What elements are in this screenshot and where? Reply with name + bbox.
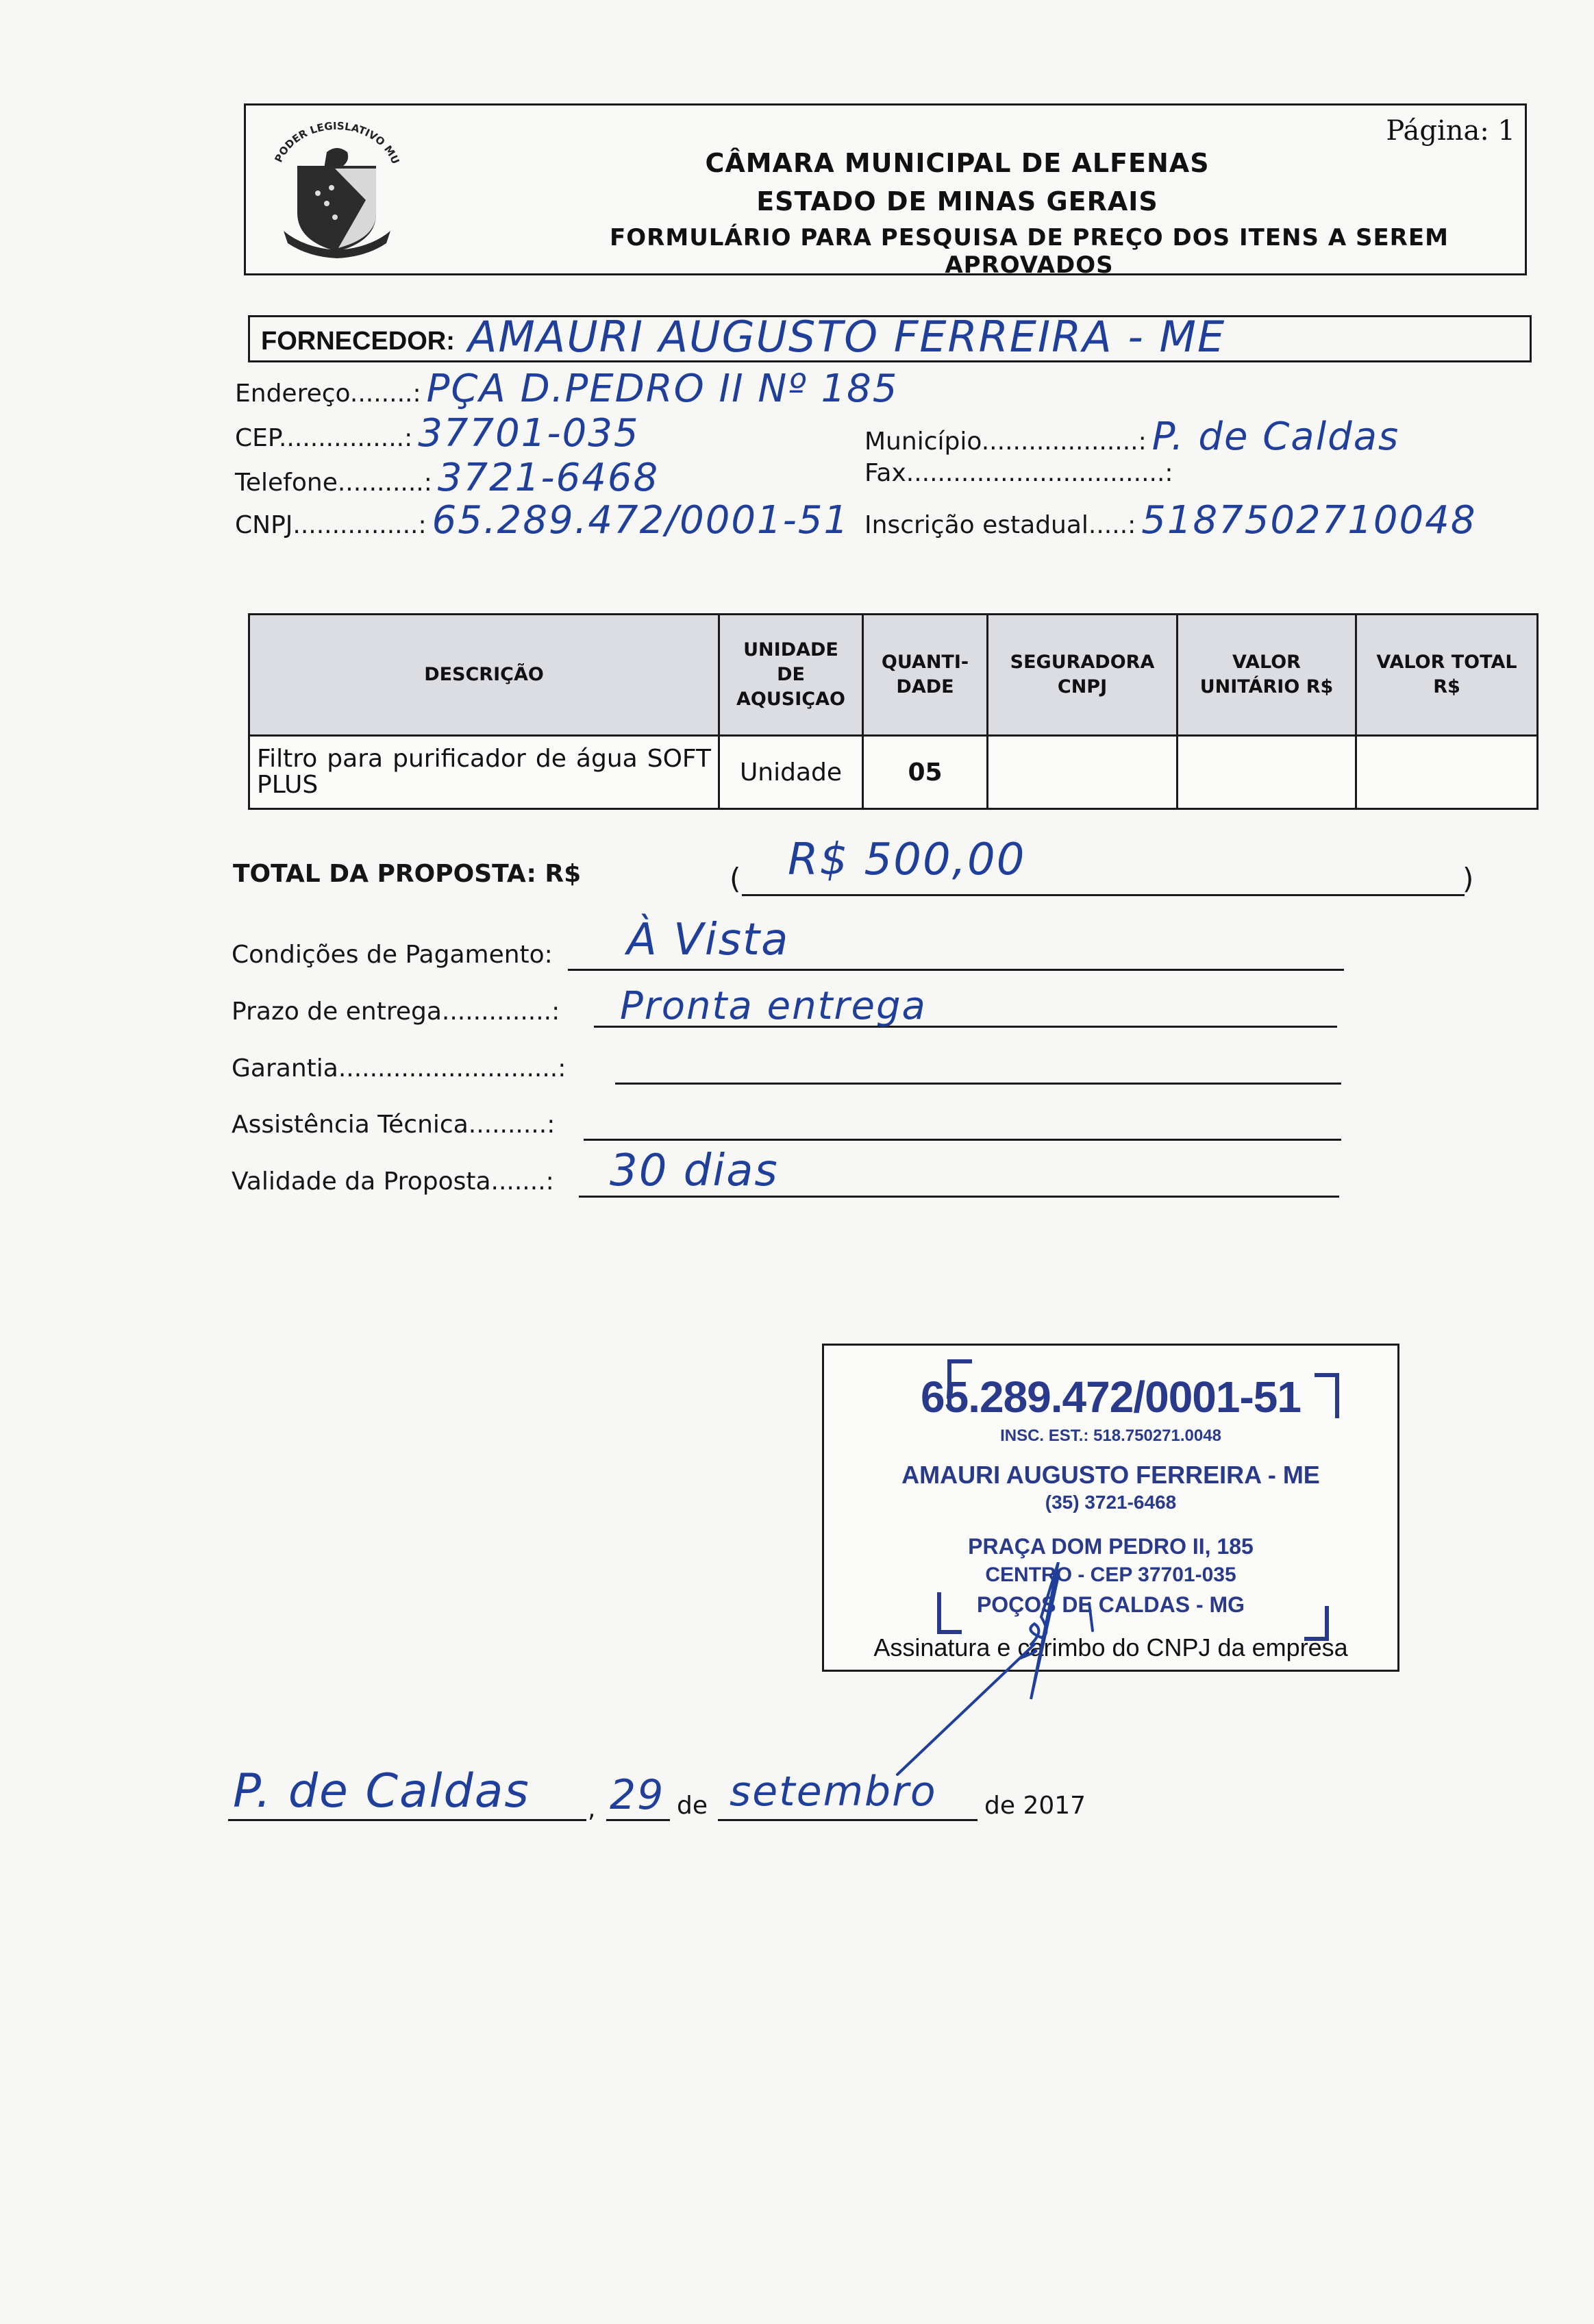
- table-header-row: DESCRIÇÃO UNIDADE DE AQUSIÇAO QUANTI- DA…: [249, 615, 1538, 736]
- cell-quantity: 05: [863, 736, 988, 809]
- date-comma: ,: [588, 1795, 595, 1823]
- total-underline: [742, 894, 1465, 896]
- col-header-quantity: QUANTI- DADE: [863, 615, 988, 736]
- date-de-label: de: [677, 1792, 708, 1820]
- address-row: Endereço........: PÇA D.PEDRO II Nº 185: [235, 367, 898, 411]
- cep-row: CEP................: 37701-035: [235, 411, 639, 456]
- fax-row: Fax.................................:: [864, 459, 1179, 487]
- cnpj-row: CNPJ................: 65.289.472/0001-51: [235, 498, 849, 543]
- cnpj-field[interactable]: 65.289.472/0001-51: [432, 498, 849, 543]
- col-header-unit: UNIDADE DE AQUSIÇAO: [719, 615, 863, 736]
- warranty-label: Garantia............................:: [232, 1054, 566, 1083]
- state-registration-field[interactable]: 5187502710048: [1141, 498, 1476, 543]
- payment-terms-underline: [568, 969, 1344, 971]
- close-paren: ): [1462, 862, 1473, 895]
- stamp-phone: (35) 3721-6468: [824, 1492, 1397, 1513]
- date-month-field[interactable]: setembro: [730, 1768, 937, 1816]
- municipality-field[interactable]: P. de Caldas: [1152, 415, 1399, 459]
- warranty-underline: [615, 1083, 1341, 1085]
- total-proposal-label: TOTAL DA PROPOSTA: R$: [233, 860, 581, 888]
- phone-field[interactable]: 3721-6468: [438, 456, 659, 500]
- cell-unit-value[interactable]: [1178, 736, 1356, 809]
- payment-terms-label: Condições de Pagamento:: [232, 941, 553, 969]
- supplier-name-field[interactable]: AMAURI AUGUSTO FERREIRA - ME: [468, 312, 1225, 362]
- city-underline: [228, 1819, 586, 1821]
- col-header-description: DESCRIÇÃO: [249, 615, 719, 736]
- col-header-unit-value: VALOR UNITÁRIO R$: [1178, 615, 1356, 736]
- document-header: PODER LEGISLATIVO MUNICIPAL Página: 1 CÂ…: [244, 103, 1527, 275]
- col-header-insurer-cnpj: SEGURADORA CNPJ: [988, 615, 1178, 736]
- page-number: Página: 1: [1386, 115, 1515, 147]
- delivery-time-label: Prazo de entrega..............:: [232, 998, 560, 1026]
- cnpj-label: CNPJ................:: [235, 511, 427, 539]
- table-row: Filtro para purificador de água SOFT PLU…: [249, 736, 1538, 809]
- stamp-state-registration: INSC. EST.: 518.750271.0048: [824, 1426, 1397, 1446]
- address-label: Endereço........:: [235, 380, 421, 408]
- state-registration-label: Inscrição estadual.....:: [864, 511, 1136, 539]
- date-day-field[interactable]: 29: [610, 1771, 664, 1819]
- cell-total-value[interactable]: [1356, 736, 1538, 809]
- phone-row: Telefone...........: 3721-6468: [235, 456, 659, 500]
- month-underline: [718, 1819, 977, 1821]
- proposal-validity-field[interactable]: 30 dias: [610, 1146, 779, 1196]
- municipal-coat-of-arms-logo: PODER LEGISLATIVO MUNICIPAL: [266, 118, 403, 262]
- stamp-cnpj: 65.289.472/0001-51: [824, 1372, 1397, 1422]
- supplier-box: FORNECEDOR: AMAURI AUGUSTO FERREIRA - ME: [248, 315, 1532, 362]
- total-proposal-field[interactable]: R$ 500,00: [788, 835, 1025, 885]
- municipality-row: Município....................: P. de Cal…: [864, 415, 1399, 459]
- cell-insurer-cnpj[interactable]: [988, 736, 1178, 809]
- payment-terms-field[interactable]: À Vista: [627, 915, 789, 965]
- technical-assistance-underline: [584, 1139, 1341, 1141]
- date-city-field[interactable]: P. de Caldas: [233, 1764, 530, 1818]
- supplier-label: FORNECEDOR:: [261, 327, 455, 356]
- cell-description: Filtro para purificador de água SOFT PLU…: [249, 736, 719, 809]
- cep-field[interactable]: 37701-035: [418, 411, 639, 456]
- col-header-total-value: VALOR TOTAL R$: [1356, 615, 1538, 736]
- organization-name: CÂMARA MUNICIPAL DE ALFENAS: [390, 148, 1525, 178]
- stamp-address: PRAÇA DOM PEDRO II, 185: [824, 1534, 1397, 1559]
- signature-mark: [891, 1562, 1233, 1781]
- municipality-label: Município....................:: [864, 428, 1147, 456]
- cell-unit: Unidade: [719, 736, 863, 809]
- delivery-time-field[interactable]: Pronta entrega: [620, 984, 927, 1028]
- technical-assistance-label: Assistência Técnica..........:: [232, 1111, 555, 1139]
- state-registration-row: Inscrição estadual.....: 5187502710048: [864, 498, 1476, 543]
- cep-label: CEP................:: [235, 424, 412, 452]
- day-underline: [606, 1819, 670, 1821]
- state-name: ESTADO DE MINAS GERAIS: [390, 186, 1525, 217]
- fax-label: Fax.................................:: [864, 459, 1173, 487]
- stamp-company-name: AMAURI AUGUSTO FERREIRA - ME: [824, 1461, 1397, 1489]
- date-year-label: de 2017: [984, 1792, 1086, 1820]
- phone-label: Telefone...........:: [235, 469, 432, 497]
- items-table: DESCRIÇÃO UNIDADE DE AQUSIÇAO QUANTI- DA…: [248, 613, 1539, 810]
- open-paren: (: [730, 862, 740, 895]
- proposal-validity-label: Validade da Proposta.......:: [232, 1167, 554, 1196]
- form-title: FORMULÁRIO PARA PESQUISA DE PREÇO DOS IT…: [534, 224, 1525, 279]
- address-field[interactable]: PÇA D.PEDRO II Nº 185: [427, 367, 899, 411]
